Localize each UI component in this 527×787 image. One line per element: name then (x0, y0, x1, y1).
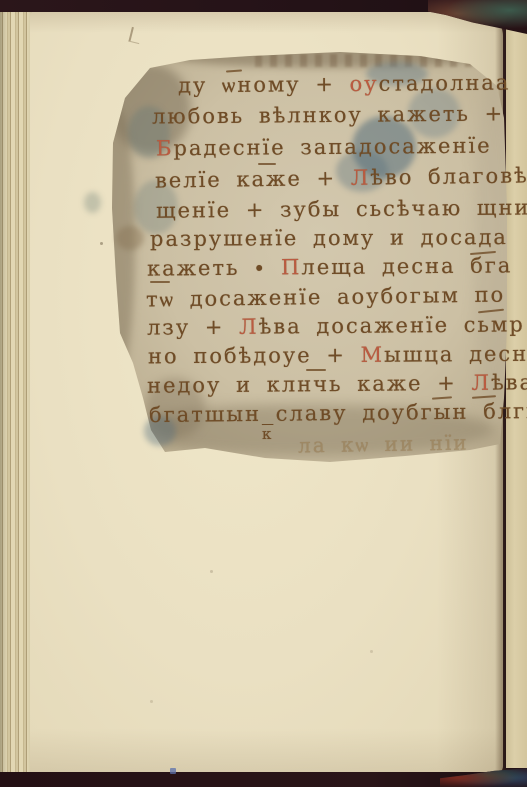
titlo-mark (150, 281, 170, 283)
manuscript-line: любовь вѣлнкоу кажеть + (152, 101, 504, 128)
page-speck (210, 570, 213, 573)
faint-last-line: ла кѡ ии нїи (298, 431, 469, 459)
text-run: бгатшын славу доубгын блгь (149, 399, 527, 427)
text-run: ѣва досаженїе сьмр (259, 312, 525, 338)
manuscript-line: щенїе + зубы сьсѣчаю щние (156, 195, 527, 222)
facing-page-edge (506, 24, 527, 768)
rubric-letter: П (281, 255, 302, 279)
paper-fiber-mark (128, 27, 142, 44)
manuscript-line: ду ѡному + оустадолнаа (178, 71, 511, 99)
text-run: ышца десна (384, 342, 527, 367)
manuscript-line: недоу и клнчь каже + Лѣва (147, 370, 527, 397)
text-run: любовь вѣлнкоу кажеть + (152, 101, 504, 128)
manuscript-line: бгатшын славу доубгын блгь (149, 399, 527, 427)
text-run: щенїе + зубы сьсѣчаю щние (156, 195, 527, 222)
page-speck (370, 650, 373, 653)
manuscript-line: но побѣдоуе + Мышца десна (148, 342, 527, 369)
text-run: разрушенїе дому и досада (150, 225, 508, 251)
rubric-letter: оу (349, 72, 378, 96)
text-run: но побѣдоуе + (148, 343, 361, 368)
manuscript-line: тѡ досаженїе аоубогым по (146, 282, 506, 312)
text-run: недоу и клнчь каже + (147, 371, 472, 398)
page-speck (100, 242, 103, 245)
rubric-letter: Л (239, 315, 259, 339)
text-run: радеснїе западосаженїе (173, 134, 491, 161)
manuscript-line: лзу + Лѣва досаженїе сьмр (147, 312, 525, 339)
page-speck (150, 700, 153, 703)
rubric-letter: М (360, 343, 384, 367)
text-run: лзу + (147, 315, 239, 340)
rubric-letter: Л (471, 371, 491, 395)
manuscript-line: кажеть ∙ Плеща десна бга (147, 253, 513, 280)
text-run: ѣва (491, 370, 527, 394)
text-run: кажеть ∙ (147, 255, 281, 280)
text-run: ду ѡному + (178, 72, 350, 97)
titlo-mark (258, 163, 276, 165)
correction-mark: к (262, 425, 274, 443)
text-run: тѡ досаженїе аоубогым по (146, 282, 505, 311)
text-run: велїе каже + (155, 166, 351, 193)
rubric-letter: Б (156, 136, 174, 160)
manuscript-line: разрушенїе дому и досада (150, 225, 508, 251)
text-run: леща десна бга (301, 253, 512, 279)
manuscript-line: Брадеснїе западосаженїе (156, 134, 492, 161)
stain-mark (116, 226, 144, 250)
book-photo: ду ѡному + оустадолнаа любовь вѣлнкоу ка… (0, 0, 527, 787)
rubric-letter: Л (351, 166, 371, 190)
ink-smudge (84, 192, 101, 213)
text-run: ѣво благовѣ (370, 163, 527, 189)
titlo-mark (306, 369, 326, 371)
blue-fleck (170, 768, 176, 774)
text-run: стадолнаа (378, 71, 510, 96)
